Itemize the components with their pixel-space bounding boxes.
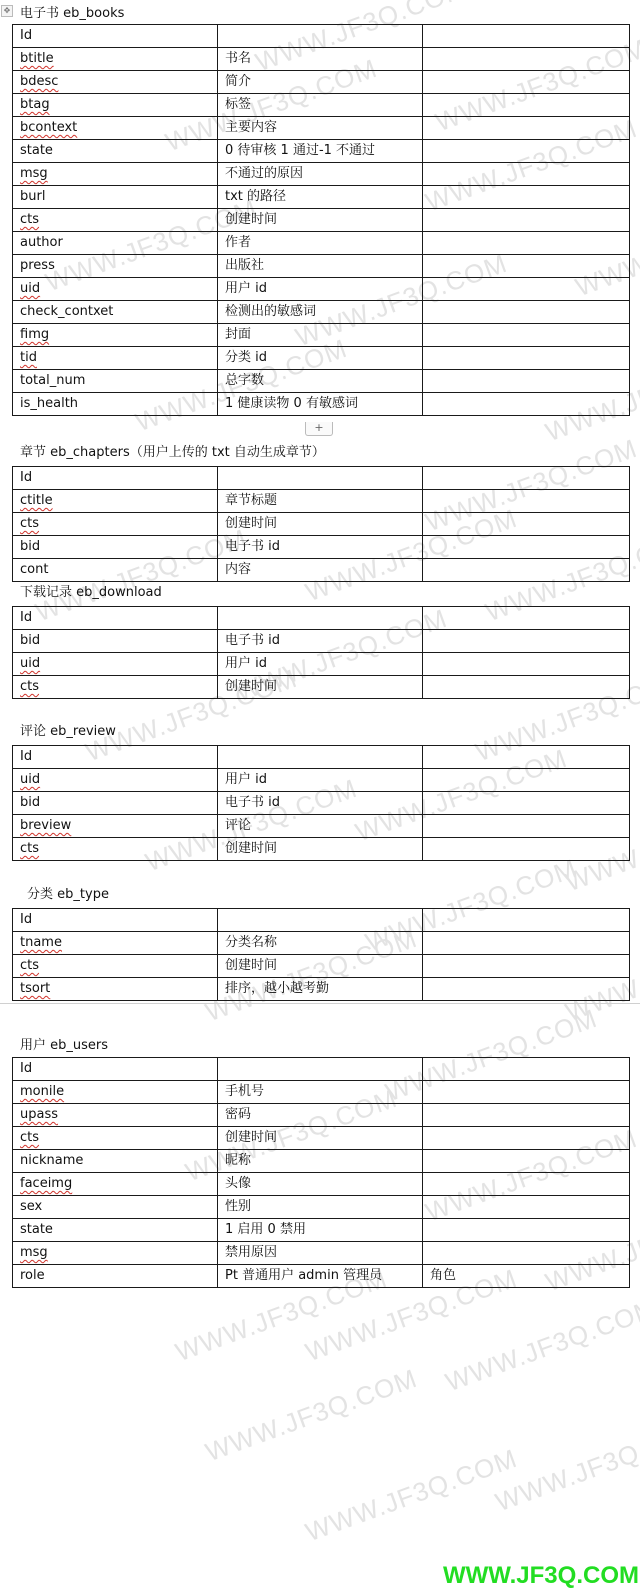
- field-name-cell[interactable]: total_num: [13, 370, 218, 393]
- table-row: uid用户 id: [13, 769, 630, 792]
- cell-text: 1 健康读物 0 有敏感词: [225, 396, 358, 411]
- cell-text: ctitle: [20, 493, 53, 508]
- add-row-button[interactable]: +: [305, 422, 333, 436]
- field-description-cell[interactable]: 电子书 id: [218, 536, 423, 559]
- section-title-eb-books: 电子书 eb_books: [20, 5, 124, 23]
- table-eb-review: Iduid用户 idbid电子书 idbreview评论cts创建时间: [12, 745, 630, 861]
- table-row: ctitle章节标题: [13, 490, 630, 513]
- section-title-table-name: eb_type: [57, 887, 109, 902]
- section-title-cn: 下载记录: [20, 585, 72, 600]
- table-row: cts创建时间: [13, 513, 630, 536]
- field-description-cell[interactable]: 电子书 id: [218, 630, 423, 653]
- cell-text: check_contxet: [20, 304, 113, 319]
- cell-text: faceimg: [20, 1176, 72, 1191]
- cell-text: bid: [20, 539, 40, 554]
- field-note-cell[interactable]: [423, 769, 630, 792]
- field-note-cell[interactable]: 角色: [423, 1265, 630, 1288]
- field-note-cell[interactable]: [423, 71, 630, 94]
- field-description-cell[interactable]: txt 的路径: [218, 186, 423, 209]
- field-note-cell[interactable]: [423, 301, 630, 324]
- field-description-cell[interactable]: 总字数: [218, 370, 423, 393]
- field-note-cell[interactable]: [423, 536, 630, 559]
- section-title-table-name: eb_download: [76, 585, 162, 600]
- field-note-cell[interactable]: [423, 94, 630, 117]
- field-description-cell[interactable]: [218, 607, 423, 630]
- field-name-cell[interactable]: upass: [13, 1104, 218, 1127]
- cell-text: 总字数: [225, 373, 264, 388]
- field-name-cell[interactable]: bcontext: [13, 117, 218, 140]
- field-note-cell[interactable]: [423, 607, 630, 630]
- field-name-cell[interactable]: tid: [13, 347, 218, 370]
- field-description-cell[interactable]: [218, 1058, 423, 1081]
- field-name-cell[interactable]: cts: [13, 513, 218, 536]
- field-note-cell[interactable]: [423, 630, 630, 653]
- cell-text: 检测出的敏感词: [225, 304, 316, 319]
- field-description-cell[interactable]: 创建时间: [218, 513, 423, 536]
- field-description-cell[interactable]: 创建时间: [218, 209, 423, 232]
- cell-text: cont: [20, 562, 48, 577]
- field-note-cell[interactable]: [423, 490, 630, 513]
- cell-text: total_num: [20, 373, 85, 388]
- table-eb-users: Idmonile手机号upass密码cts创建时间nickname昵称facei…: [12, 1057, 630, 1288]
- cell-text: msg: [20, 166, 48, 181]
- field-description-cell[interactable]: 用户 id: [218, 278, 423, 301]
- table-row: bid电子书 id: [13, 792, 630, 815]
- field-description-cell[interactable]: 不通过的原因: [218, 163, 423, 186]
- cell-text: breview: [20, 818, 71, 833]
- field-note-cell[interactable]: [423, 25, 630, 48]
- section-title-eb-chapters: 章节 eb_chapters（用户上传的 txt 自动生成章节）: [20, 444, 325, 462]
- cell-text: uid: [20, 656, 40, 671]
- field-note-cell[interactable]: [423, 186, 630, 209]
- cell-text: 密码: [225, 1107, 251, 1122]
- field-description-cell[interactable]: 1 启用 0 禁用: [218, 1219, 423, 1242]
- table-row: nickname昵称: [13, 1150, 630, 1173]
- table-eb-type: Idtname分类名称cts创建时间tsort排序，越小越考勤: [12, 908, 630, 1001]
- field-description-cell[interactable]: [218, 25, 423, 48]
- field-note-cell[interactable]: [423, 978, 630, 1001]
- table-row: Id: [13, 467, 630, 490]
- table-row: breview评论: [13, 815, 630, 838]
- cell-text: 头像: [225, 1176, 251, 1191]
- field-description-cell[interactable]: 内容: [218, 559, 423, 582]
- field-note-cell[interactable]: [423, 955, 630, 978]
- field-note-cell[interactable]: [423, 370, 630, 393]
- field-note-cell[interactable]: [423, 163, 630, 186]
- cell-text: 0 待审核 1 通过-1 不通过: [225, 143, 375, 158]
- cell-text: Id: [20, 470, 32, 485]
- field-description-cell[interactable]: 检测出的敏感词: [218, 301, 423, 324]
- table-row: msg不通过的原因: [13, 163, 630, 186]
- cell-text: monile: [20, 1084, 64, 1099]
- field-name-cell[interactable]: Id: [13, 467, 218, 490]
- cell-text: 内容: [225, 562, 251, 577]
- cell-text: 简介: [225, 74, 251, 89]
- field-description-cell[interactable]: 封面: [218, 324, 423, 347]
- field-note-cell[interactable]: [423, 209, 630, 232]
- section-title-table-name: eb_review: [50, 724, 116, 739]
- cell-text: 出版社: [225, 258, 264, 273]
- table-row: cts创建时间: [13, 676, 630, 699]
- field-name-cell[interactable]: tname: [13, 932, 218, 955]
- cell-text: btag: [20, 97, 50, 112]
- field-name-cell[interactable]: cts: [13, 955, 218, 978]
- table-row: uid用户 id: [13, 278, 630, 301]
- table-row: check_contxet检测出的敏感词: [13, 301, 630, 324]
- field-description-cell[interactable]: 电子书 id: [218, 792, 423, 815]
- cell-text: 用户 id: [225, 281, 267, 296]
- field-name-cell[interactable]: bid: [13, 792, 218, 815]
- field-note-cell[interactable]: [423, 1242, 630, 1265]
- field-note-cell[interactable]: [423, 815, 630, 838]
- cell-text: 创建时间: [225, 212, 277, 227]
- field-name-cell[interactable]: Id: [13, 746, 218, 769]
- section-title-cn: 评论: [20, 724, 46, 739]
- section-title-cn: 电子书: [20, 6, 59, 21]
- table-row: burltxt 的路径: [13, 186, 630, 209]
- field-description-cell[interactable]: 密码: [218, 1104, 423, 1127]
- field-description-cell[interactable]: 1 健康读物 0 有敏感词: [218, 393, 423, 416]
- field-name-cell[interactable]: cts: [13, 209, 218, 232]
- table-row: bid电子书 id: [13, 630, 630, 653]
- field-description-cell[interactable]: 昵称: [218, 1150, 423, 1173]
- cell-text: 分类名称: [225, 935, 277, 950]
- cell-text: Id: [20, 28, 32, 43]
- field-name-cell[interactable]: is_health: [13, 393, 218, 416]
- field-description-cell[interactable]: 排序，越小越考勤: [218, 978, 423, 1001]
- field-description-cell[interactable]: [218, 909, 423, 932]
- cell-text: 禁用原因: [225, 1245, 277, 1260]
- field-note-cell[interactable]: [423, 1058, 630, 1081]
- field-name-cell[interactable]: Id: [13, 25, 218, 48]
- table-row: bid电子书 id: [13, 536, 630, 559]
- field-description-cell[interactable]: 标签: [218, 94, 423, 117]
- field-name-cell[interactable]: bid: [13, 536, 218, 559]
- field-name-cell[interactable]: author: [13, 232, 218, 255]
- cell-text: tname: [20, 935, 62, 950]
- cell-text: bid: [20, 795, 40, 810]
- cell-text: 手机号: [225, 1084, 264, 1099]
- field-name-cell[interactable]: nickname: [13, 1150, 218, 1173]
- table-row: tname分类名称: [13, 932, 630, 955]
- field-name-cell[interactable]: msg: [13, 1242, 218, 1265]
- field-note-cell[interactable]: [423, 1219, 630, 1242]
- cell-text: role: [20, 1268, 45, 1283]
- field-name-cell[interactable]: sex: [13, 1196, 218, 1219]
- cell-text: 性别: [225, 1199, 251, 1214]
- cell-text: 书名: [225, 51, 251, 66]
- table-row: cts创建时间: [13, 838, 630, 861]
- section-title-eb-download: 下载记录 eb_download: [20, 584, 162, 602]
- section-title-table-name: eb_users: [50, 1038, 108, 1053]
- cell-text: 创建时间: [225, 958, 277, 973]
- table-eb-download: Idbid电子书 iduid用户 idcts创建时间: [12, 606, 630, 699]
- field-description-cell[interactable]: 评论: [218, 815, 423, 838]
- cell-text: 创建时间: [225, 516, 277, 531]
- table-row: Id: [13, 607, 630, 630]
- table-row: author作者: [13, 232, 630, 255]
- field-description-cell[interactable]: 手机号: [218, 1081, 423, 1104]
- field-description-cell[interactable]: 出版社: [218, 255, 423, 278]
- cell-text: cts: [20, 1130, 39, 1145]
- cell-text: 分类 id: [225, 350, 267, 365]
- cell-text: msg: [20, 1245, 48, 1260]
- table-row: cts创建时间: [13, 209, 630, 232]
- cell-text: bid: [20, 633, 40, 648]
- section-title-table-name: eb_chapters: [50, 445, 130, 460]
- field-note-cell[interactable]: [423, 1196, 630, 1219]
- field-description-cell[interactable]: 头像: [218, 1173, 423, 1196]
- field-note-cell[interactable]: [423, 1150, 630, 1173]
- cell-text: fimg: [20, 327, 49, 342]
- field-name-cell[interactable]: btag: [13, 94, 218, 117]
- cell-text: sex: [20, 1199, 42, 1214]
- table-row: rolePt 普通用户 admin 管理员角色: [13, 1265, 630, 1288]
- field-name-cell[interactable]: cts: [13, 1127, 218, 1150]
- table-row: total_num总字数: [13, 370, 630, 393]
- field-note-cell[interactable]: [423, 676, 630, 699]
- cell-text: state: [20, 1222, 53, 1237]
- cell-text: 1 启用 0 禁用: [225, 1222, 306, 1237]
- field-note-cell[interactable]: [423, 1127, 630, 1150]
- cell-text: Id: [20, 749, 32, 764]
- cell-text: 电子书 id: [225, 633, 280, 648]
- cell-text: 电子书 id: [225, 795, 280, 810]
- field-name-cell[interactable]: faceimg: [13, 1173, 218, 1196]
- cell-text: 不通过的原因: [225, 166, 303, 181]
- field-description-cell[interactable]: 创建时间: [218, 955, 423, 978]
- field-name-cell[interactable]: uid: [13, 278, 218, 301]
- cell-text: state: [20, 143, 53, 158]
- table-row: upass密码: [13, 1104, 630, 1127]
- cell-text: 评论: [225, 818, 251, 833]
- field-description-cell[interactable]: 创建时间: [218, 838, 423, 861]
- table-row: state0 待审核 1 通过-1 不通过: [13, 140, 630, 163]
- field-note-cell[interactable]: [423, 838, 630, 861]
- field-name-cell[interactable]: Id: [13, 1058, 218, 1081]
- field-description-cell[interactable]: 禁用原因: [218, 1242, 423, 1265]
- cell-text: 电子书 id: [225, 539, 280, 554]
- cell-text: cts: [20, 841, 39, 856]
- table-row: fimg封面: [13, 324, 630, 347]
- cell-text: cts: [20, 516, 39, 531]
- cell-text: 创建时间: [225, 679, 277, 694]
- cell-text: bcontext: [20, 120, 77, 135]
- document-page: WWW.JF3Q.COMWWW.JF3Q.COMWWW.JF3Q.COMWWW.…: [0, 0, 640, 1591]
- cell-text: uid: [20, 281, 40, 296]
- field-name-cell[interactable]: btitle: [13, 48, 218, 71]
- field-note-cell[interactable]: [423, 1081, 630, 1104]
- field-name-cell[interactable]: tsort: [13, 978, 218, 1001]
- field-description-cell[interactable]: 创建时间: [218, 676, 423, 699]
- field-name-cell[interactable]: check_contxet: [13, 301, 218, 324]
- cell-text: 标签: [225, 97, 251, 112]
- table-row: Id: [13, 1058, 630, 1081]
- cell-text: tid: [20, 350, 37, 365]
- cell-text: tsort: [20, 981, 50, 996]
- field-note-cell[interactable]: [423, 467, 630, 490]
- field-name-cell[interactable]: role: [13, 1265, 218, 1288]
- table-row: tid分类 id: [13, 347, 630, 370]
- field-description-cell[interactable]: 章节标题: [218, 490, 423, 513]
- table-row: state1 启用 0 禁用: [13, 1219, 630, 1242]
- field-description-cell[interactable]: 主要内容: [218, 117, 423, 140]
- field-note-cell[interactable]: [423, 1104, 630, 1127]
- field-name-cell[interactable]: monile: [13, 1081, 218, 1104]
- cell-text: Id: [20, 1061, 32, 1076]
- cell-text: Id: [20, 610, 32, 625]
- section-title-note: （用户上传的 txt 自动生成章节）: [130, 445, 325, 460]
- field-name-cell[interactable]: press: [13, 255, 218, 278]
- section-title-cn: 分类: [27, 887, 53, 902]
- field-note-cell[interactable]: [423, 232, 630, 255]
- table-row: btitle书名: [13, 48, 630, 71]
- field-description-cell[interactable]: 用户 id: [218, 653, 423, 676]
- table-row: tsort排序，越小越考勤: [13, 978, 630, 1001]
- field-description-cell[interactable]: 作者: [218, 232, 423, 255]
- field-name-cell[interactable]: cont: [13, 559, 218, 582]
- watermark-text: WWW.JF3Q.COM: [491, 1413, 640, 1518]
- field-note-cell[interactable]: [423, 1173, 630, 1196]
- table-row: cts创建时间: [13, 1127, 630, 1150]
- table-row: Id: [13, 746, 630, 769]
- field-description-cell[interactable]: 简介: [218, 71, 423, 94]
- field-name-cell[interactable]: Id: [13, 909, 218, 932]
- field-name-cell[interactable]: bid: [13, 630, 218, 653]
- field-description-cell[interactable]: [218, 746, 423, 769]
- watermark-text: WWW.JF3Q.COM: [441, 1293, 640, 1398]
- field-name-cell[interactable]: ctitle: [13, 490, 218, 513]
- cell-text: cts: [20, 958, 39, 973]
- field-name-cell[interactable]: bdesc: [13, 71, 218, 94]
- table-row: sex性别: [13, 1196, 630, 1219]
- table-row: press出版社: [13, 255, 630, 278]
- field-name-cell[interactable]: breview: [13, 815, 218, 838]
- cell-text: is_health: [20, 396, 78, 411]
- field-note-cell[interactable]: [423, 932, 630, 955]
- cell-text: 昵称: [225, 1153, 251, 1168]
- watermark-text: WWW.JF3Q.COM: [301, 1443, 521, 1548]
- field-name-cell[interactable]: cts: [13, 676, 218, 699]
- field-name-cell[interactable]: burl: [13, 186, 218, 209]
- field-description-cell[interactable]: 书名: [218, 48, 423, 71]
- table-row: msg禁用原因: [13, 1242, 630, 1265]
- field-description-cell[interactable]: [218, 467, 423, 490]
- brand-footer-logo: WWW.JF3Q.COM: [443, 1562, 639, 1590]
- cell-text: bdesc: [20, 74, 58, 89]
- cell-text: 主要内容: [225, 120, 277, 135]
- table-row: cont内容: [13, 559, 630, 582]
- field-note-cell[interactable]: [423, 909, 630, 932]
- cell-text: btitle: [20, 51, 54, 66]
- cell-text: cts: [20, 679, 39, 694]
- table-row: faceimg头像: [13, 1173, 630, 1196]
- field-note-cell[interactable]: [423, 117, 630, 140]
- cell-text: txt 的路径: [225, 189, 286, 204]
- table-row: uid用户 id: [13, 653, 630, 676]
- table-row: cts创建时间: [13, 955, 630, 978]
- cell-text: upass: [20, 1107, 58, 1122]
- field-name-cell[interactable]: msg: [13, 163, 218, 186]
- cell-text: Pt 普通用户 admin 管理员: [225, 1268, 382, 1283]
- field-name-cell[interactable]: Id: [13, 607, 218, 630]
- cell-text: 用户 id: [225, 656, 267, 671]
- field-note-cell[interactable]: [423, 746, 630, 769]
- watermark-text: WWW.JF3Q.COM: [201, 1363, 421, 1468]
- cell-text: press: [20, 258, 55, 273]
- field-note-cell[interactable]: [423, 393, 630, 416]
- table-row: is_health1 健康读物 0 有敏感词: [13, 393, 630, 416]
- field-note-cell[interactable]: [423, 347, 630, 370]
- field-note-cell[interactable]: [423, 48, 630, 71]
- field-note-cell[interactable]: [423, 513, 630, 536]
- field-description-cell[interactable]: 创建时间: [218, 1127, 423, 1150]
- field-name-cell[interactable]: cts: [13, 838, 218, 861]
- section-title-table-name: eb_books: [63, 6, 124, 21]
- table-eb-books: Idbtitle书名bdesc简介btag标签bcontext主要内容state…: [12, 24, 630, 416]
- field-name-cell[interactable]: uid: [13, 653, 218, 676]
- table-row: bdesc简介: [13, 71, 630, 94]
- field-note-cell[interactable]: [423, 792, 630, 815]
- cell-text: 作者: [225, 235, 251, 250]
- section-title-eb-review: 评论 eb_review: [20, 723, 116, 741]
- cell-text: Id: [20, 912, 32, 927]
- cell-text: cts: [20, 212, 39, 227]
- table-row: Id: [13, 909, 630, 932]
- table-row: Id: [13, 25, 630, 48]
- field-description-cell[interactable]: 0 待审核 1 通过-1 不通过: [218, 140, 423, 163]
- table-row: btag标签: [13, 94, 630, 117]
- field-description-cell[interactable]: 用户 id: [218, 769, 423, 792]
- field-description-cell[interactable]: Pt 普通用户 admin 管理员: [218, 1265, 423, 1288]
- cell-text: 章节标题: [225, 493, 277, 508]
- field-note-cell[interactable]: [423, 653, 630, 676]
- table-move-handle-icon[interactable]: ✥: [1, 5, 13, 17]
- field-note-cell[interactable]: [423, 140, 630, 163]
- cell-text: 排序，越小越考勤: [225, 981, 329, 996]
- field-name-cell[interactable]: fimg: [13, 324, 218, 347]
- field-note-cell[interactable]: [423, 255, 630, 278]
- section-title-eb-users: 用户 eb_users: [20, 1037, 108, 1055]
- field-note-cell[interactable]: [423, 324, 630, 347]
- section-title-cn: 用户: [20, 1038, 46, 1053]
- section-title-eb-type: 分类 eb_type: [27, 886, 109, 904]
- cell-text: author: [20, 235, 63, 250]
- field-description-cell[interactable]: 分类 id: [218, 347, 423, 370]
- cell-text: 用户 id: [225, 772, 267, 787]
- field-name-cell[interactable]: uid: [13, 769, 218, 792]
- cell-text: 创建时间: [225, 841, 277, 856]
- field-name-cell[interactable]: state: [13, 140, 218, 163]
- field-name-cell[interactable]: state: [13, 1219, 218, 1242]
- table-row: monile手机号: [13, 1081, 630, 1104]
- cell-text: nickname: [20, 1153, 83, 1168]
- section-title-cn: 章节: [20, 445, 46, 460]
- cell-text: uid: [20, 772, 40, 787]
- cell-text: burl: [20, 189, 45, 204]
- field-note-cell[interactable]: [423, 278, 630, 301]
- table-row: bcontext主要内容: [13, 117, 630, 140]
- field-description-cell[interactable]: 性别: [218, 1196, 423, 1219]
- table-eb-chapters: Idctitle章节标题cts创建时间bid电子书 idcont内容: [12, 466, 630, 582]
- cell-text: 角色: [430, 1268, 456, 1283]
- cell-text: 封面: [225, 327, 251, 342]
- field-description-cell[interactable]: 分类名称: [218, 932, 423, 955]
- page-break-divider: [0, 1003, 640, 1004]
- field-note-cell[interactable]: [423, 559, 630, 582]
- cell-text: 创建时间: [225, 1130, 277, 1145]
